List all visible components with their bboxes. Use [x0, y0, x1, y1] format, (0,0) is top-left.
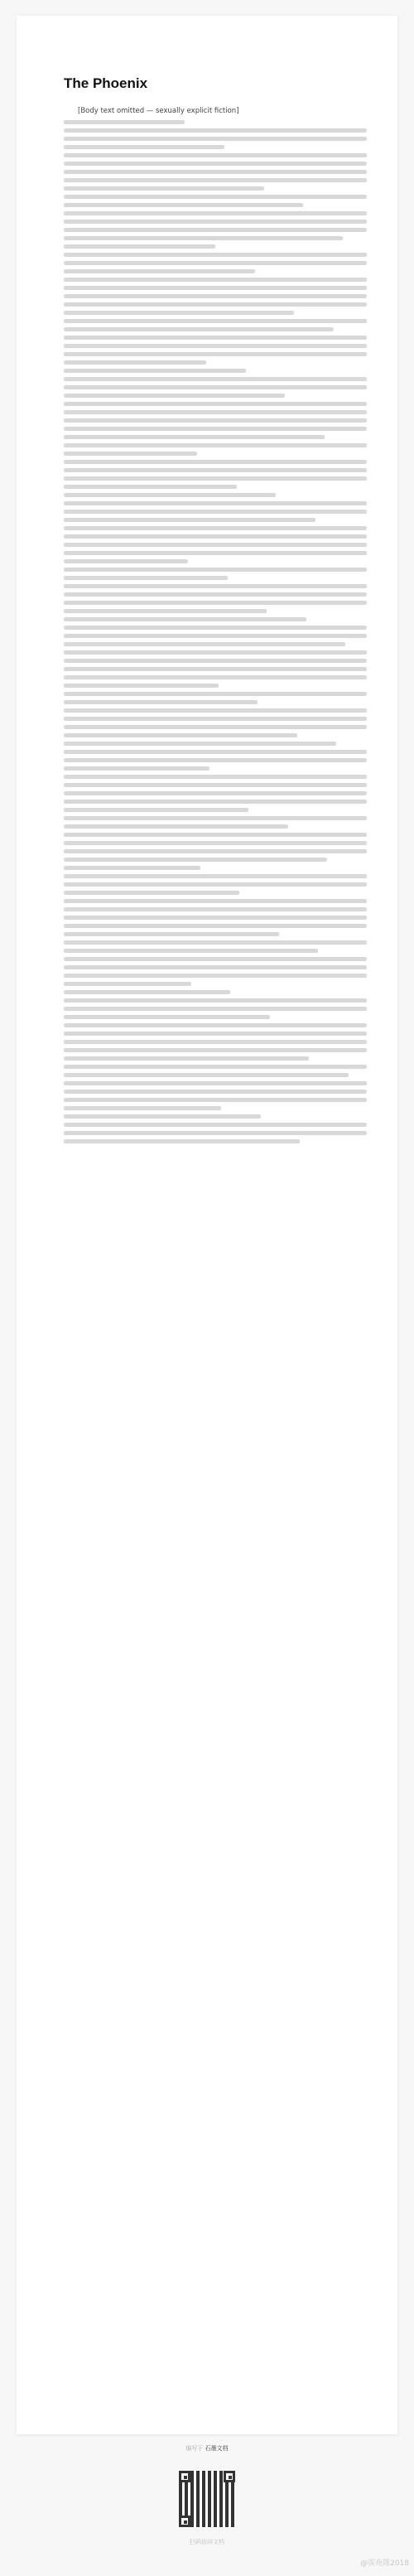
- paragraph-placeholder: [64, 128, 367, 149]
- paragraph-placeholder: [64, 750, 367, 771]
- paragraph-placeholder: [64, 1023, 367, 1061]
- document-body: [Body text omitted — sexually explicit f…: [64, 105, 367, 1148]
- paragraph-placeholder: [64, 775, 367, 812]
- credit-prefix: 编写于: [185, 2445, 203, 2452]
- paragraph-placeholder: [64, 1123, 367, 1143]
- paragraph-placeholder: [64, 501, 367, 522]
- paragraph-placeholder: [64, 617, 367, 621]
- paragraph-placeholder: [64, 120, 367, 124]
- document-card: The Phoenix [Body text omitted — sexuall…: [17, 16, 397, 2434]
- paragraph-placeholder: [64, 1081, 367, 1110]
- paragraph-placeholder: [64, 940, 367, 953]
- paragraph-placeholder: [64, 816, 367, 829]
- paragraph-placeholder: [64, 708, 367, 737]
- paragraph-placeholder: [64, 211, 367, 240]
- paragraph-placeholder: [64, 957, 367, 986]
- paragraph-placeholder: [64, 568, 367, 580]
- paragraph-placeholder: [64, 278, 367, 315]
- paragraph-placeholder: [64, 493, 367, 497]
- paragraph-placeholder: [64, 584, 367, 613]
- paragraph-placeholder: [64, 244, 367, 249]
- paragraph-list: [64, 120, 367, 1143]
- paragraph-placeholder: [64, 866, 367, 870]
- qr-finder-icon: [179, 2516, 190, 2527]
- paragraph-placeholder: [64, 990, 367, 994]
- paragraph-placeholder: [64, 626, 367, 646]
- paragraph-placeholder: [64, 526, 367, 563]
- paragraph-placeholder: [64, 1065, 367, 1077]
- qr-code: [179, 2471, 235, 2527]
- paragraph-placeholder: [64, 195, 367, 207]
- paragraph-placeholder: [64, 319, 367, 331]
- paragraph-placeholder: [64, 369, 367, 373]
- paragraph-placeholder: [64, 443, 367, 456]
- paragraph-placeholder: [64, 874, 367, 895]
- paragraph-placeholder: [64, 833, 367, 862]
- qr-finder-icon: [224, 2471, 235, 2482]
- paragraph-placeholder: [64, 460, 367, 489]
- content-note: [Body text omitted — sexually explicit f…: [64, 105, 367, 117]
- paragraph-placeholder: [64, 998, 367, 1019]
- paragraph-placeholder: [64, 153, 367, 191]
- qr-caption: 扫码访问文档: [0, 2538, 414, 2546]
- qr-finder-icon: [179, 2471, 190, 2482]
- document-title: The Phoenix: [64, 75, 147, 92]
- paragraph-placeholder: [64, 692, 367, 704]
- credit-brand-link[interactable]: 石墨文档: [205, 2445, 229, 2452]
- paragraph-placeholder: [64, 650, 367, 688]
- footer-credit: 编写于 石墨文档: [0, 2444, 414, 2453]
- paragraph-placeholder: [64, 742, 367, 746]
- paragraph-placeholder: [64, 1114, 367, 1119]
- weibo-watermark: @霈苑隊2018: [360, 2557, 409, 2568]
- paragraph-placeholder: [64, 402, 367, 439]
- paragraph-placeholder: [64, 336, 367, 365]
- paragraph-placeholder: [64, 899, 367, 936]
- paragraph-placeholder: [64, 253, 367, 273]
- paragraph-placeholder: [64, 377, 367, 398]
